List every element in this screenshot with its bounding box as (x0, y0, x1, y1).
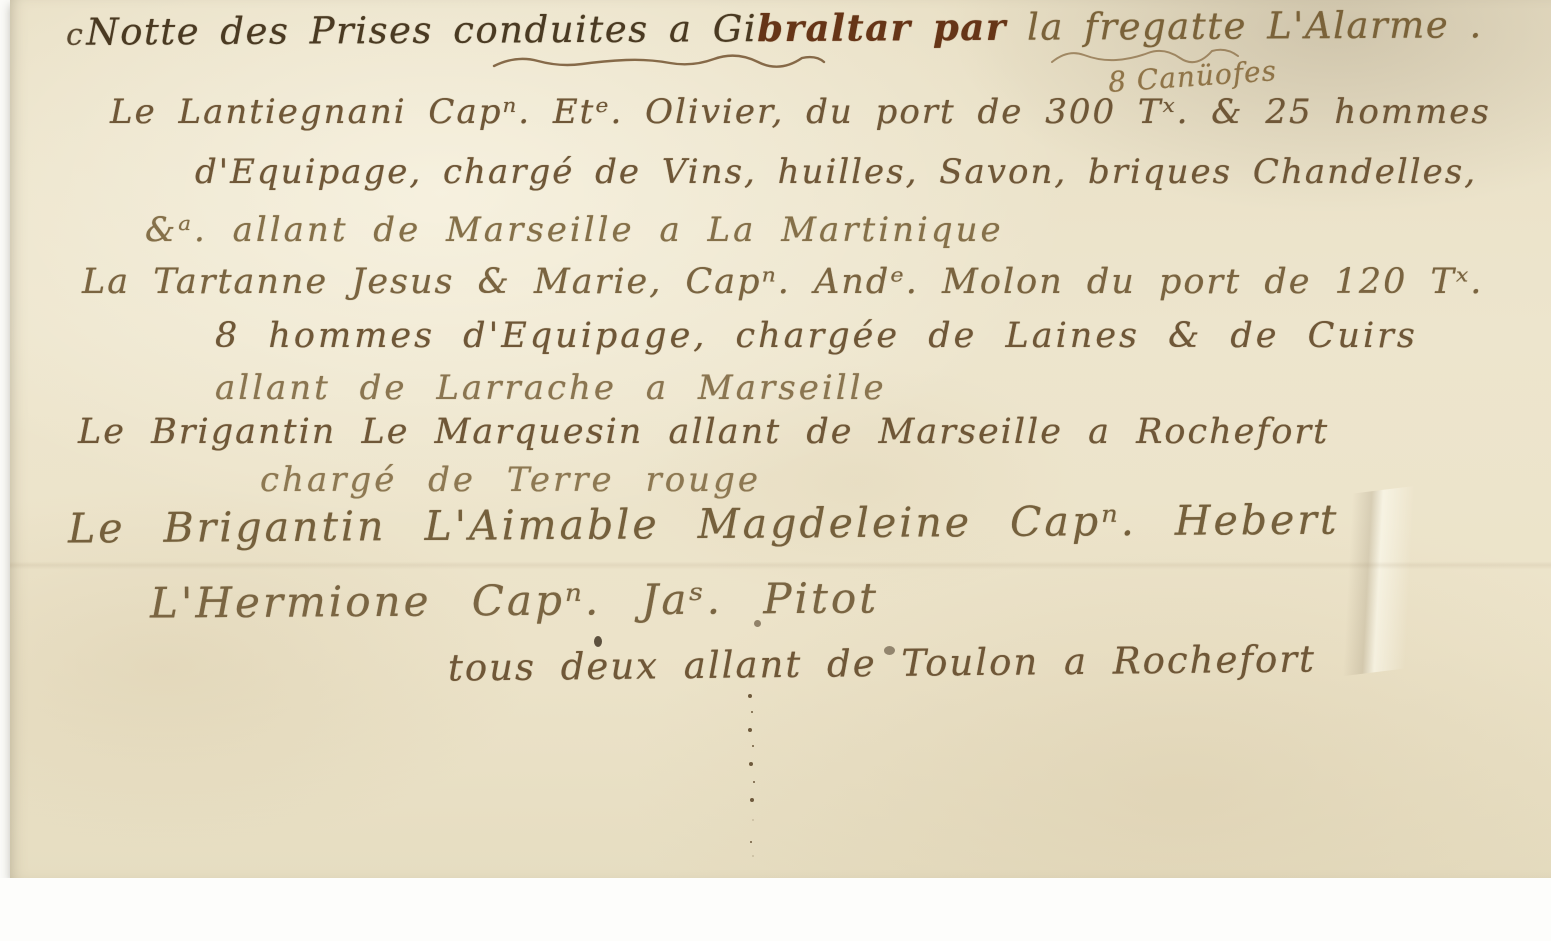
manuscript-line: La Tartanne Jesus & Marie, Capⁿ. Andᵉ. M… (82, 262, 1483, 302)
ink-blot (754, 620, 761, 627)
title-text-part3: la fregatte L'Alarme . (1007, 3, 1483, 48)
manuscript-paper: cNotte des Prises conduites a Gibraltar … (10, 0, 1551, 878)
manuscript-line: allant de Larrache a Marseille (215, 368, 887, 408)
ink-blot (884, 646, 895, 655)
document-title: cNotte des Prises conduites a Gibraltar … (66, 2, 1483, 53)
manuscript-line: &ᵃ. allant de Marseille a La Martinique (145, 210, 1004, 250)
manuscript-line: L'Hermione Capⁿ. Jaˢ. Pitot (150, 573, 879, 627)
title-text-part2: braltar par (757, 5, 1007, 50)
manuscript-line: Le Brigantin L'Aimable Magdeleine Capⁿ. … (68, 496, 1340, 553)
manuscript-line: d'Equipage, chargé de Vins, huilles, Sav… (195, 152, 1477, 192)
ink-blot (594, 636, 602, 647)
title-underline-flourish (492, 50, 826, 74)
manuscript-line: chargé de Terre rouge (260, 460, 761, 500)
scanned-document-page: cNotte des Prises conduites a Gibraltar … (0, 0, 1551, 941)
manuscript-line: tous deux allant de Toulon a Rochefort (448, 637, 1316, 689)
scan-background-strip (0, 878, 1551, 941)
manuscript-line: Le Brigantin Le Marquesin allant de Mars… (78, 412, 1329, 452)
title-text-part1: Notte des Prises conduites a Gi (86, 7, 757, 54)
ink-spatter-trail (748, 694, 752, 698)
title-initial-flourish: c (66, 18, 84, 53)
manuscript-line: 8 hommes d'Equipage, chargée de Laines &… (215, 316, 1418, 356)
manuscript-line: Le Lantiegnani Capⁿ. Etᵉ. Olivier, du po… (110, 92, 1491, 132)
